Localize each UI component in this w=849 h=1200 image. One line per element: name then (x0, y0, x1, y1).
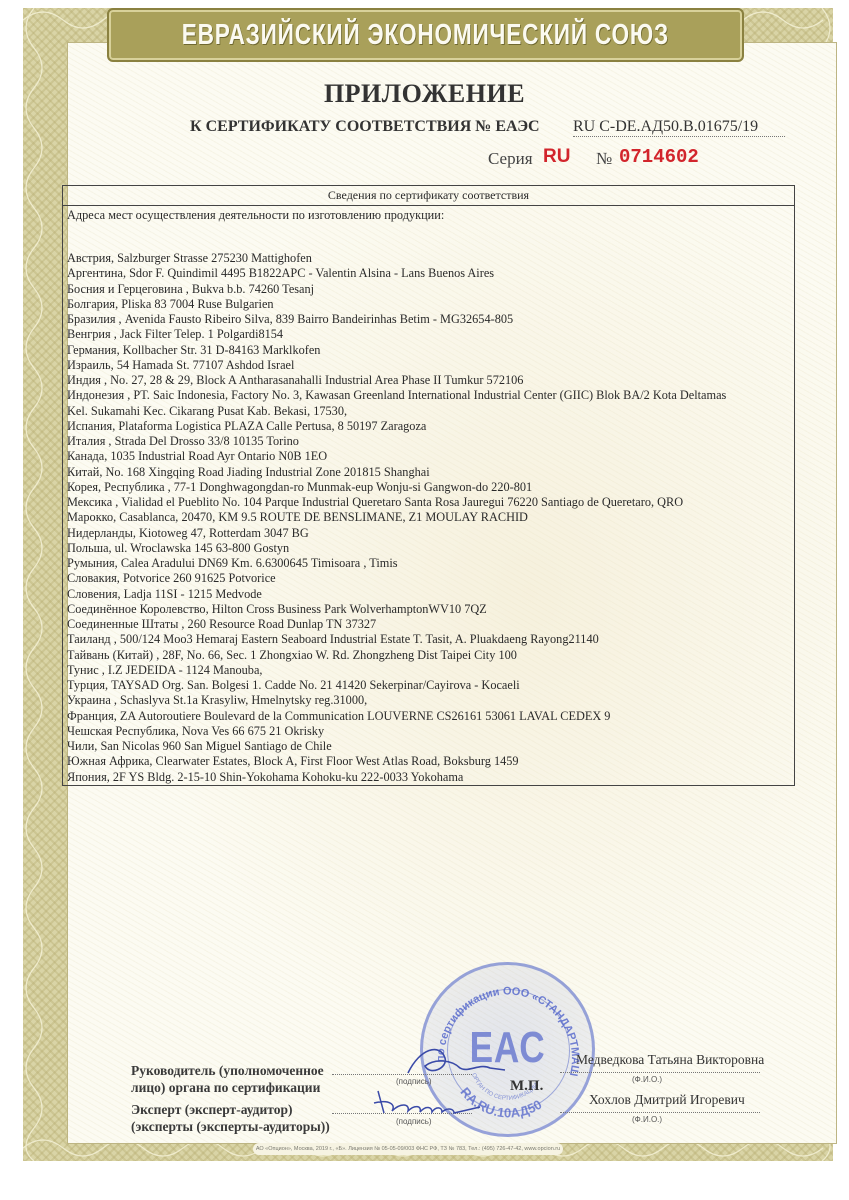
address-item: Бразилия , Avenida Fausto Ribeiro Silva,… (67, 312, 790, 327)
address-item: Южная Африка, Clearwater Estates, Block … (67, 754, 790, 769)
address-item: Франция, ZA Autoroutiere Boulevard de la… (67, 709, 790, 724)
address-item: Китай, No. 168 Xingqing Road Jiading Ind… (67, 465, 790, 480)
address-item: Индия , No. 27, 28 & 29, Block A Anthara… (67, 373, 790, 388)
address-item: Италия , Strada Del Drosso 33/8 10135 To… (67, 434, 790, 449)
address-item: Чили, San Nicolas 960 San Miguel Santiag… (67, 739, 790, 754)
address-item: Венгрия , Jack Filter Telep. 1 Polgardi8… (67, 327, 790, 342)
number-label: № (596, 149, 612, 169)
address-item: Соединённое Королевство, Hilton Cross Bu… (67, 602, 790, 617)
address-item: Корея, Республика , 77-1 Donghwagongdan-… (67, 480, 790, 495)
address-item: Польша, ul. Wroclawska 145 63-800 Gostyn (67, 541, 790, 556)
expert-label-line2: (эксперты (эксперты-аудиторы)) (131, 1118, 330, 1135)
banner-title: ЕВРАЗИЙСКИЙ ЭКОНОМИЧЕСКИЙ СОЮЗ (182, 19, 669, 52)
certificate-label: К СЕРТИФИКАТУ СООТВЕТСТВИЯ № ЕАЭС (190, 118, 540, 136)
address-item: Словакия, Potvorice 260 91625 Potvorice (67, 571, 790, 586)
address-item: Тайвань (Китай) , 28F, No. 66, Sec. 1 Zh… (67, 648, 790, 663)
address-item: Канада, 1035 Industrial Road Ayr Ontario… (67, 449, 790, 464)
address-item: Тунис , I.Z JEDEIDA - 1124 Manouba, (67, 663, 790, 678)
address-item: Австрия, Salzburger Strasse 275230 Matti… (67, 251, 790, 266)
page-title: ПРИЛОЖЕНИЕ (0, 79, 849, 109)
serial-number: 0714602 (619, 146, 699, 168)
expert-signature-icon (370, 1085, 490, 1120)
expert-full-name: Хохлов Дмитрий Игоревич (589, 1092, 745, 1108)
expert-label-line1: Эксперт (эксперт-аудитор) (131, 1101, 292, 1118)
head-signature-icon (390, 1038, 510, 1083)
expert-name-line (560, 1112, 760, 1113)
printer-info: АО «Опцион», Москва, 2019 г., «Б». Лицен… (253, 1143, 563, 1155)
address-item: Босния и Герцеговина , Bukva b.b. 74260 … (67, 282, 790, 297)
head-label-line1: Руководитель (уполномоченное (131, 1062, 324, 1079)
address-item: Турция, TAYSAD Org. San. Bolgesi 1. Cadd… (67, 678, 790, 693)
address-item: Марокко, Casablanca, 20470, KM 9.5 ROUTE… (67, 510, 790, 525)
head-name-caption: (Ф.И.О.) (632, 1075, 662, 1084)
address-item: Германия, Kollbacher Str. 31 D-84163 Mar… (67, 343, 790, 358)
certificate-info-table: Сведения по сертификату соответствия Адр… (62, 185, 795, 786)
address-item: Таиланд , 500/124 Moo3 Hemaraj Eastern S… (67, 632, 790, 647)
table-header: Сведения по сертификату соответствия (63, 186, 795, 206)
address-item: Нидерланды, Kiotoweg 47, Rotterdam 3047 … (67, 526, 790, 541)
address-item: Израиль, 54 Hamada St. 77107 Ashdod Isra… (67, 358, 790, 373)
address-item: Румыния, Calea Aradului DN69 Km. 6.63006… (67, 556, 790, 571)
head-label-line2: лицо) органа по сертификации (131, 1079, 320, 1096)
stamp-placeholder-label: М.П. (510, 1078, 543, 1095)
head-name-line (560, 1072, 760, 1073)
address-item: Испания, Plataforma Logistica PLAZA Call… (67, 419, 790, 434)
address-item: Украина , Schaslyva St.1a Krasyliw, Hmel… (67, 693, 790, 708)
series-value: RU (543, 146, 570, 168)
addresses-intro: Адреса мест осуществления деятельности п… (67, 207, 790, 223)
head-full-name: Медведкова Татьяна Викторовна (576, 1052, 764, 1068)
address-item: Болгария, Pliska 83 7004 Ruse Bulgarien (67, 297, 790, 312)
series-label: Серия (488, 149, 533, 169)
table-body-cell: Адреса мест осуществления деятельности п… (63, 206, 795, 786)
address-item: Япония, 2F YS Bldg. 2-15-10 Shin-Yokoham… (67, 770, 790, 785)
address-item: Словения, Ladja 11SI - 1215 Medvode (67, 587, 790, 602)
address-item: Kel. Sukamahi Kec. Cikarang Pusat Kab. B… (67, 404, 790, 419)
address-item: Чешская Республика, Nova Ves 66 675 21 O… (67, 724, 790, 739)
expert-name-caption: (Ф.И.О.) (632, 1115, 662, 1124)
address-item: Мексика , Vialidad el Pueblito No. 104 P… (67, 495, 790, 510)
address-item: Индонезия , PT. Saic Indonesia, Factory … (67, 388, 790, 403)
address-item: Аргентина, Sdor F. Quindimil 4495 B1822A… (67, 266, 790, 281)
address-list: Австрия, Salzburger Strasse 275230 Matti… (67, 251, 790, 785)
union-banner: ЕВРАЗИЙСКИЙ ЭКОНОМИЧЕСКИЙ СОЮЗ (107, 8, 744, 62)
certificate-number: RU C-DE.АД50.В.01675/19 (573, 118, 785, 137)
address-item: Соединенные Штаты , 260 Resource Road Du… (67, 617, 790, 632)
